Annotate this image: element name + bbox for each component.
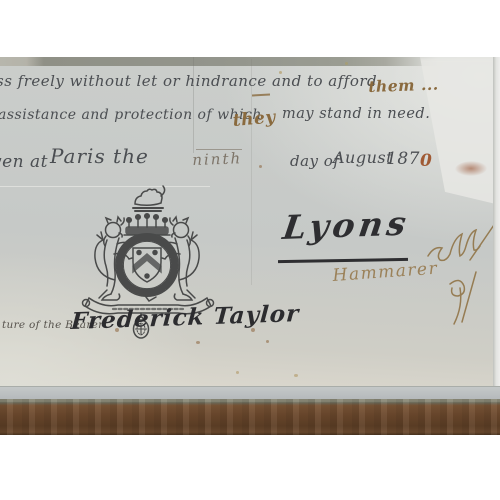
garter-band-icon <box>116 234 179 301</box>
coronet-icon <box>124 214 170 235</box>
foxing-speck <box>294 374 298 377</box>
foxing-speck <box>259 165 262 168</box>
photo-of-framed-document: ss freely without let or hindrance and t… <box>0 0 500 500</box>
foxing-speck <box>266 340 269 343</box>
printed-line-2b: may stand in need. <box>282 106 430 122</box>
passport-document: ss freely without let or hindrance and t… <box>0 57 500 386</box>
paper-crease <box>251 59 252 285</box>
shield-chevron-icon <box>133 248 161 282</box>
ink-underline-mark <box>252 94 270 97</box>
foxing-speck <box>251 328 255 332</box>
frame-right-edge <box>493 57 500 399</box>
handwritten-day-ninth: ninth <box>192 149 242 169</box>
printed-year-187: 187 <box>386 149 420 169</box>
printed-month-august: August <box>333 148 393 167</box>
ink-annotation-they: they <box>232 107 276 131</box>
ink-year-digit-0: 0 <box>420 151 432 171</box>
document-top-edge-shadow <box>0 57 438 66</box>
printed-given-at: ven at <box>0 152 48 172</box>
frame-mat-strip <box>0 386 500 400</box>
printed-line-2a: assistance and protection of which <box>0 107 262 123</box>
ink-annotation-them: them ... <box>368 75 439 96</box>
printed-line-1: ss freely without let or hindrance and t… <box>0 72 377 90</box>
crest-lion-icon <box>133 186 165 211</box>
wooden-frame-bottom-rail <box>0 399 500 435</box>
side-ink-scribble <box>420 212 498 330</box>
ambassador-signature-lyons: Lyons <box>280 204 412 247</box>
printed-day-of: day of <box>290 152 339 170</box>
printed-place-paris: Paris the <box>50 144 149 168</box>
foxing-speck <box>345 62 348 65</box>
foxing-speck <box>279 71 282 74</box>
foxing-speck <box>115 328 119 332</box>
foxing-speck <box>196 341 200 344</box>
foxing-speck <box>236 371 239 374</box>
